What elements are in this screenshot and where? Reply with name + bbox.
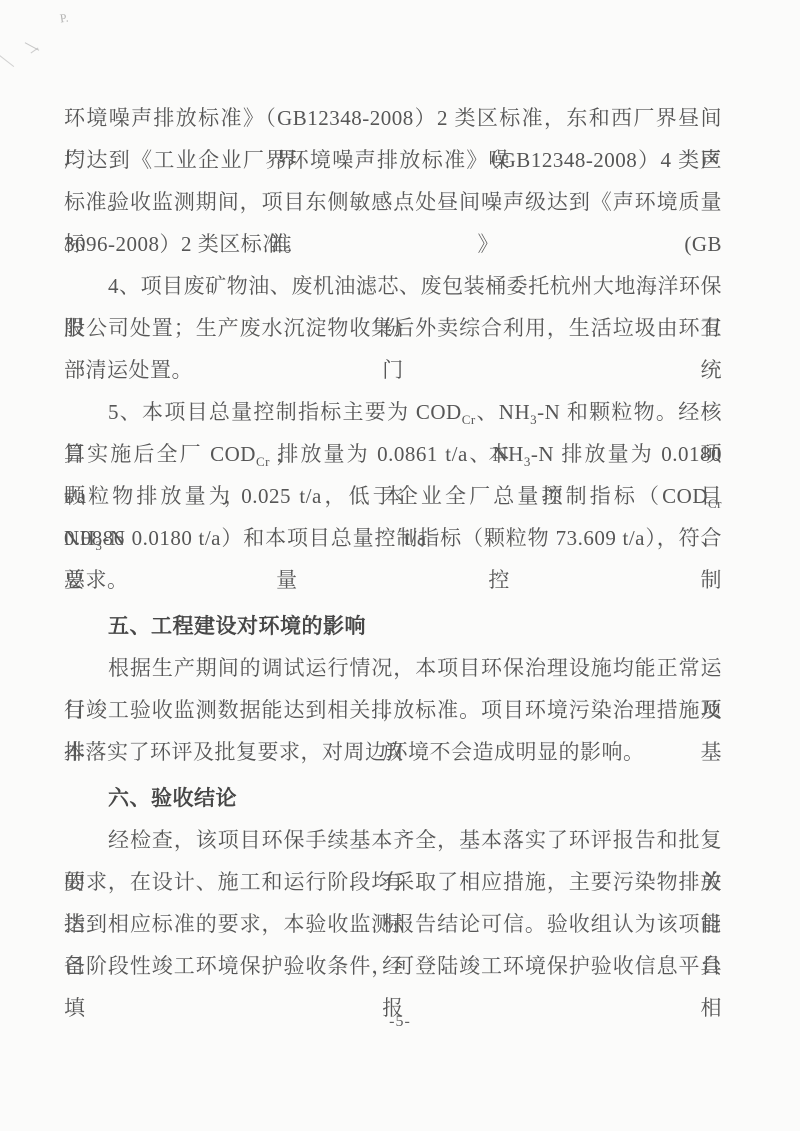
paragraph-line: 经检查，该项目环保手续基本齐全，基本落实了环评报告和批复的有关 — [64, 819, 722, 861]
paragraph-line: 颗粒物排放量为 0.025 t/a，低于企业全厂总量控制指标（CODCr 0.0… — [64, 475, 722, 517]
paragraph-line: NH3-N 0.0180 t/a）和本项目总量控制指标（颗粒物 73.609 t… — [64, 517, 722, 559]
paragraph-line: 目实施后全厂 CODCr 排放量为 0.0861 t/a、NH3-N 排放量为 … — [64, 433, 722, 475]
document-body: 环境噪声排放标准》（GB12348-2008）2 类区标准，东和西厂界昼间厂界噪… — [64, 97, 722, 987]
pencil-mark: P. — [59, 10, 69, 26]
paragraph-line: 限公司处置；生产废水沉淀物收集后外卖综合利用，生活垃圾由环卫部门统 — [64, 307, 722, 349]
document-page: P. 环境噪声排放标准》（GB12348-2008）2 类区标准，东和西厂界昼间… — [0, 0, 800, 1131]
paragraph-line: 备阶段性竣工环境保护验收条件，可登陆竣工环境保护验收信息平台填报相 — [64, 945, 722, 987]
paragraph-line: 均达到《工业企业厂界环境噪声排放标准》（GB12348-2008）4 类区标准。 — [64, 139, 722, 181]
paragraph-line: 要求，在设计、施工和运行阶段均采取了相应措施，主要污染物排放指标能 — [64, 861, 722, 903]
page-number: -5- — [0, 1013, 800, 1031]
paragraph-line: 根据生产期间的调试运行情况，本项目环保治理设施均能正常运行，项 — [64, 647, 722, 689]
paragraph-line: 本落实了环评及批复要求，对周边环境不会造成明显的影响。 — [64, 731, 722, 773]
scan-mark — [0, 54, 14, 67]
paragraph-line: 达到相应标准的要求，本验收监测报告结论可信。验收组认为该项目已经具 — [64, 903, 722, 945]
paragraph-line: 4、项目废矿物油、废机油滤芯、废包装桶委托杭州大地海洋环保股份有 — [64, 265, 722, 307]
section-heading: 五、工程建设对环境的影响 — [64, 605, 722, 647]
scan-mark — [31, 48, 39, 54]
paragraph-line: 验收监测期间，项目东侧敏感点处昼间噪声级达到《声环境质量标准》(GB — [64, 181, 722, 223]
paragraph-line: 5、本项目总量控制指标主要为 CODCr、NH3-N 和颗粒物。经核算，本项 — [64, 391, 722, 433]
paragraph-line: 目竣工验收监测数据能达到相关排放标准。项目环境污染治理措施及排放基 — [64, 689, 722, 731]
paragraph-line: 环境噪声排放标准》（GB12348-2008）2 类区标准，东和西厂界昼间厂界噪… — [64, 97, 722, 139]
section-heading: 六、验收结论 — [64, 777, 722, 819]
